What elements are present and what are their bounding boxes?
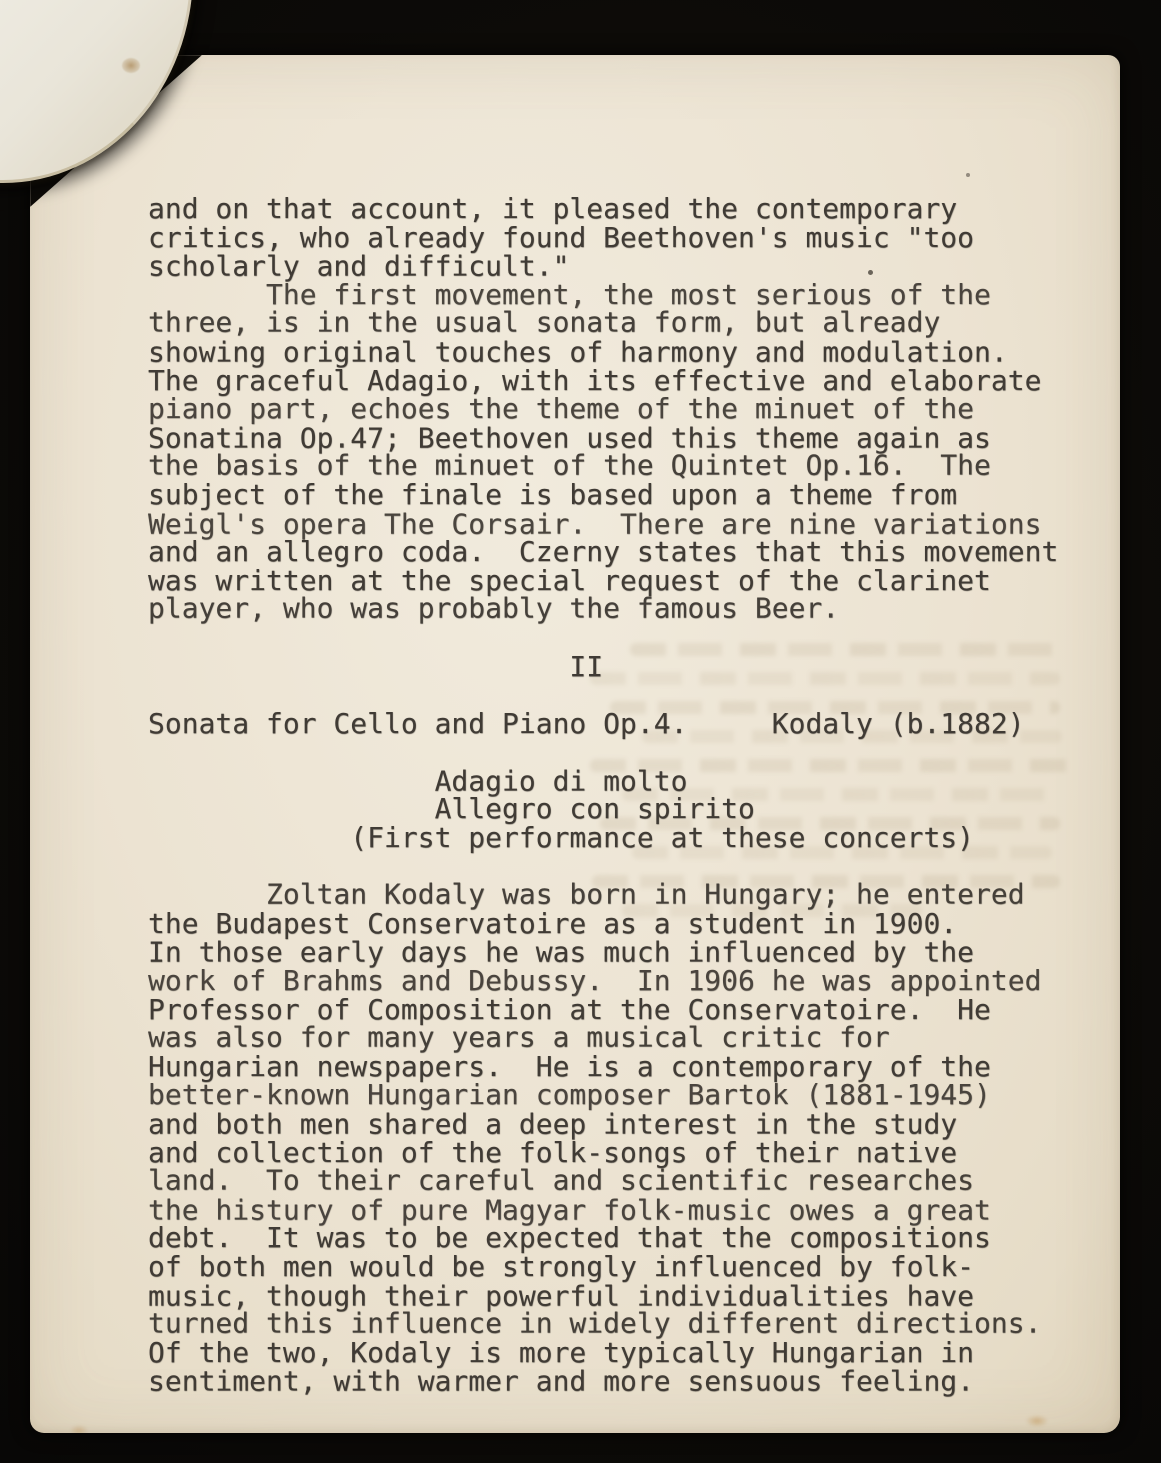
typed-line: the Budapest Conservatoire as a student … <box>148 910 1108 939</box>
typed-line: (First performance at these concerts) <box>148 824 1108 853</box>
typed-line: and on that account, it pleased the cont… <box>148 195 1108 224</box>
typed-line: was also for many years a musical critic… <box>148 1024 1108 1053</box>
typed-line: Allegro con spirito <box>148 795 1108 824</box>
typed-line <box>148 738 1108 767</box>
typed-line: and both men shared a deep interest in t… <box>148 1111 1108 1140</box>
typed-line: Zoltan Kodaly was born in Hungary; he en… <box>148 881 1108 910</box>
typed-line: debt. It was to be expected that the com… <box>148 1224 1108 1253</box>
typed-line: land. To their careful and scientific re… <box>148 1167 1108 1196</box>
typed-line <box>148 682 1108 711</box>
typed-line: three, is in the usual sonata form, but … <box>148 309 1108 338</box>
typed-line: turned this influence in widely differen… <box>148 1310 1108 1339</box>
typed-line: sentiment, with warmer and more sensuous… <box>148 1368 1108 1397</box>
typed-line: and an allegro coda. Czerny states that … <box>148 538 1108 567</box>
typed-line: II <box>148 653 1108 682</box>
typed-line: Of the two, Kodaly is more typically Hun… <box>148 1339 1108 1368</box>
typed-line: the histury of pure Magyar folk-music ow… <box>148 1196 1108 1225</box>
stain-spot <box>1026 1415 1048 1427</box>
typed-line <box>148 624 1108 653</box>
typed-line: subject of the finale is based upon a th… <box>148 481 1108 510</box>
typed-text-block: and on that account, it pleased the cont… <box>148 195 1108 1396</box>
curl-stain-spot <box>122 58 140 73</box>
typed-line: piano part, echoes the theme of the minu… <box>148 395 1108 424</box>
stray-ink-dot <box>966 173 970 177</box>
typed-line: showing original touches of harmony and … <box>148 338 1108 367</box>
typed-line: The graceful Adagio, with its effective … <box>148 367 1108 396</box>
typed-line: critics, who already found Beethoven's m… <box>148 224 1108 253</box>
typed-line: the basis of the minuet of the Quintet O… <box>148 452 1108 481</box>
typed-line: Adagio di molto <box>148 767 1108 796</box>
stain-spot <box>70 1425 88 1433</box>
typed-line: player, who was probably the famous Beer… <box>148 595 1108 624</box>
typed-line: better-known Hungarian composer Bartok (… <box>148 1081 1108 1110</box>
photo-backdrop: and on that account, it pleased the cont… <box>0 0 1161 1463</box>
typed-line: scholarly and difficult." <box>148 253 1108 282</box>
typed-line: work of Brahms and Debussy. In 1906 he w… <box>148 967 1108 996</box>
program-page: and on that account, it pleased the cont… <box>30 55 1120 1433</box>
typed-line: Weigl's opera The Corsair. There are nin… <box>148 510 1108 539</box>
typed-line: of both men would be strongly influenced… <box>148 1253 1108 1282</box>
typed-line: Hungarian newspapers. He is a contempora… <box>148 1053 1108 1082</box>
typed-line: Sonata for Cello and Piano Op.4. Kodaly … <box>148 710 1108 739</box>
stray-ink-dot <box>868 270 873 275</box>
